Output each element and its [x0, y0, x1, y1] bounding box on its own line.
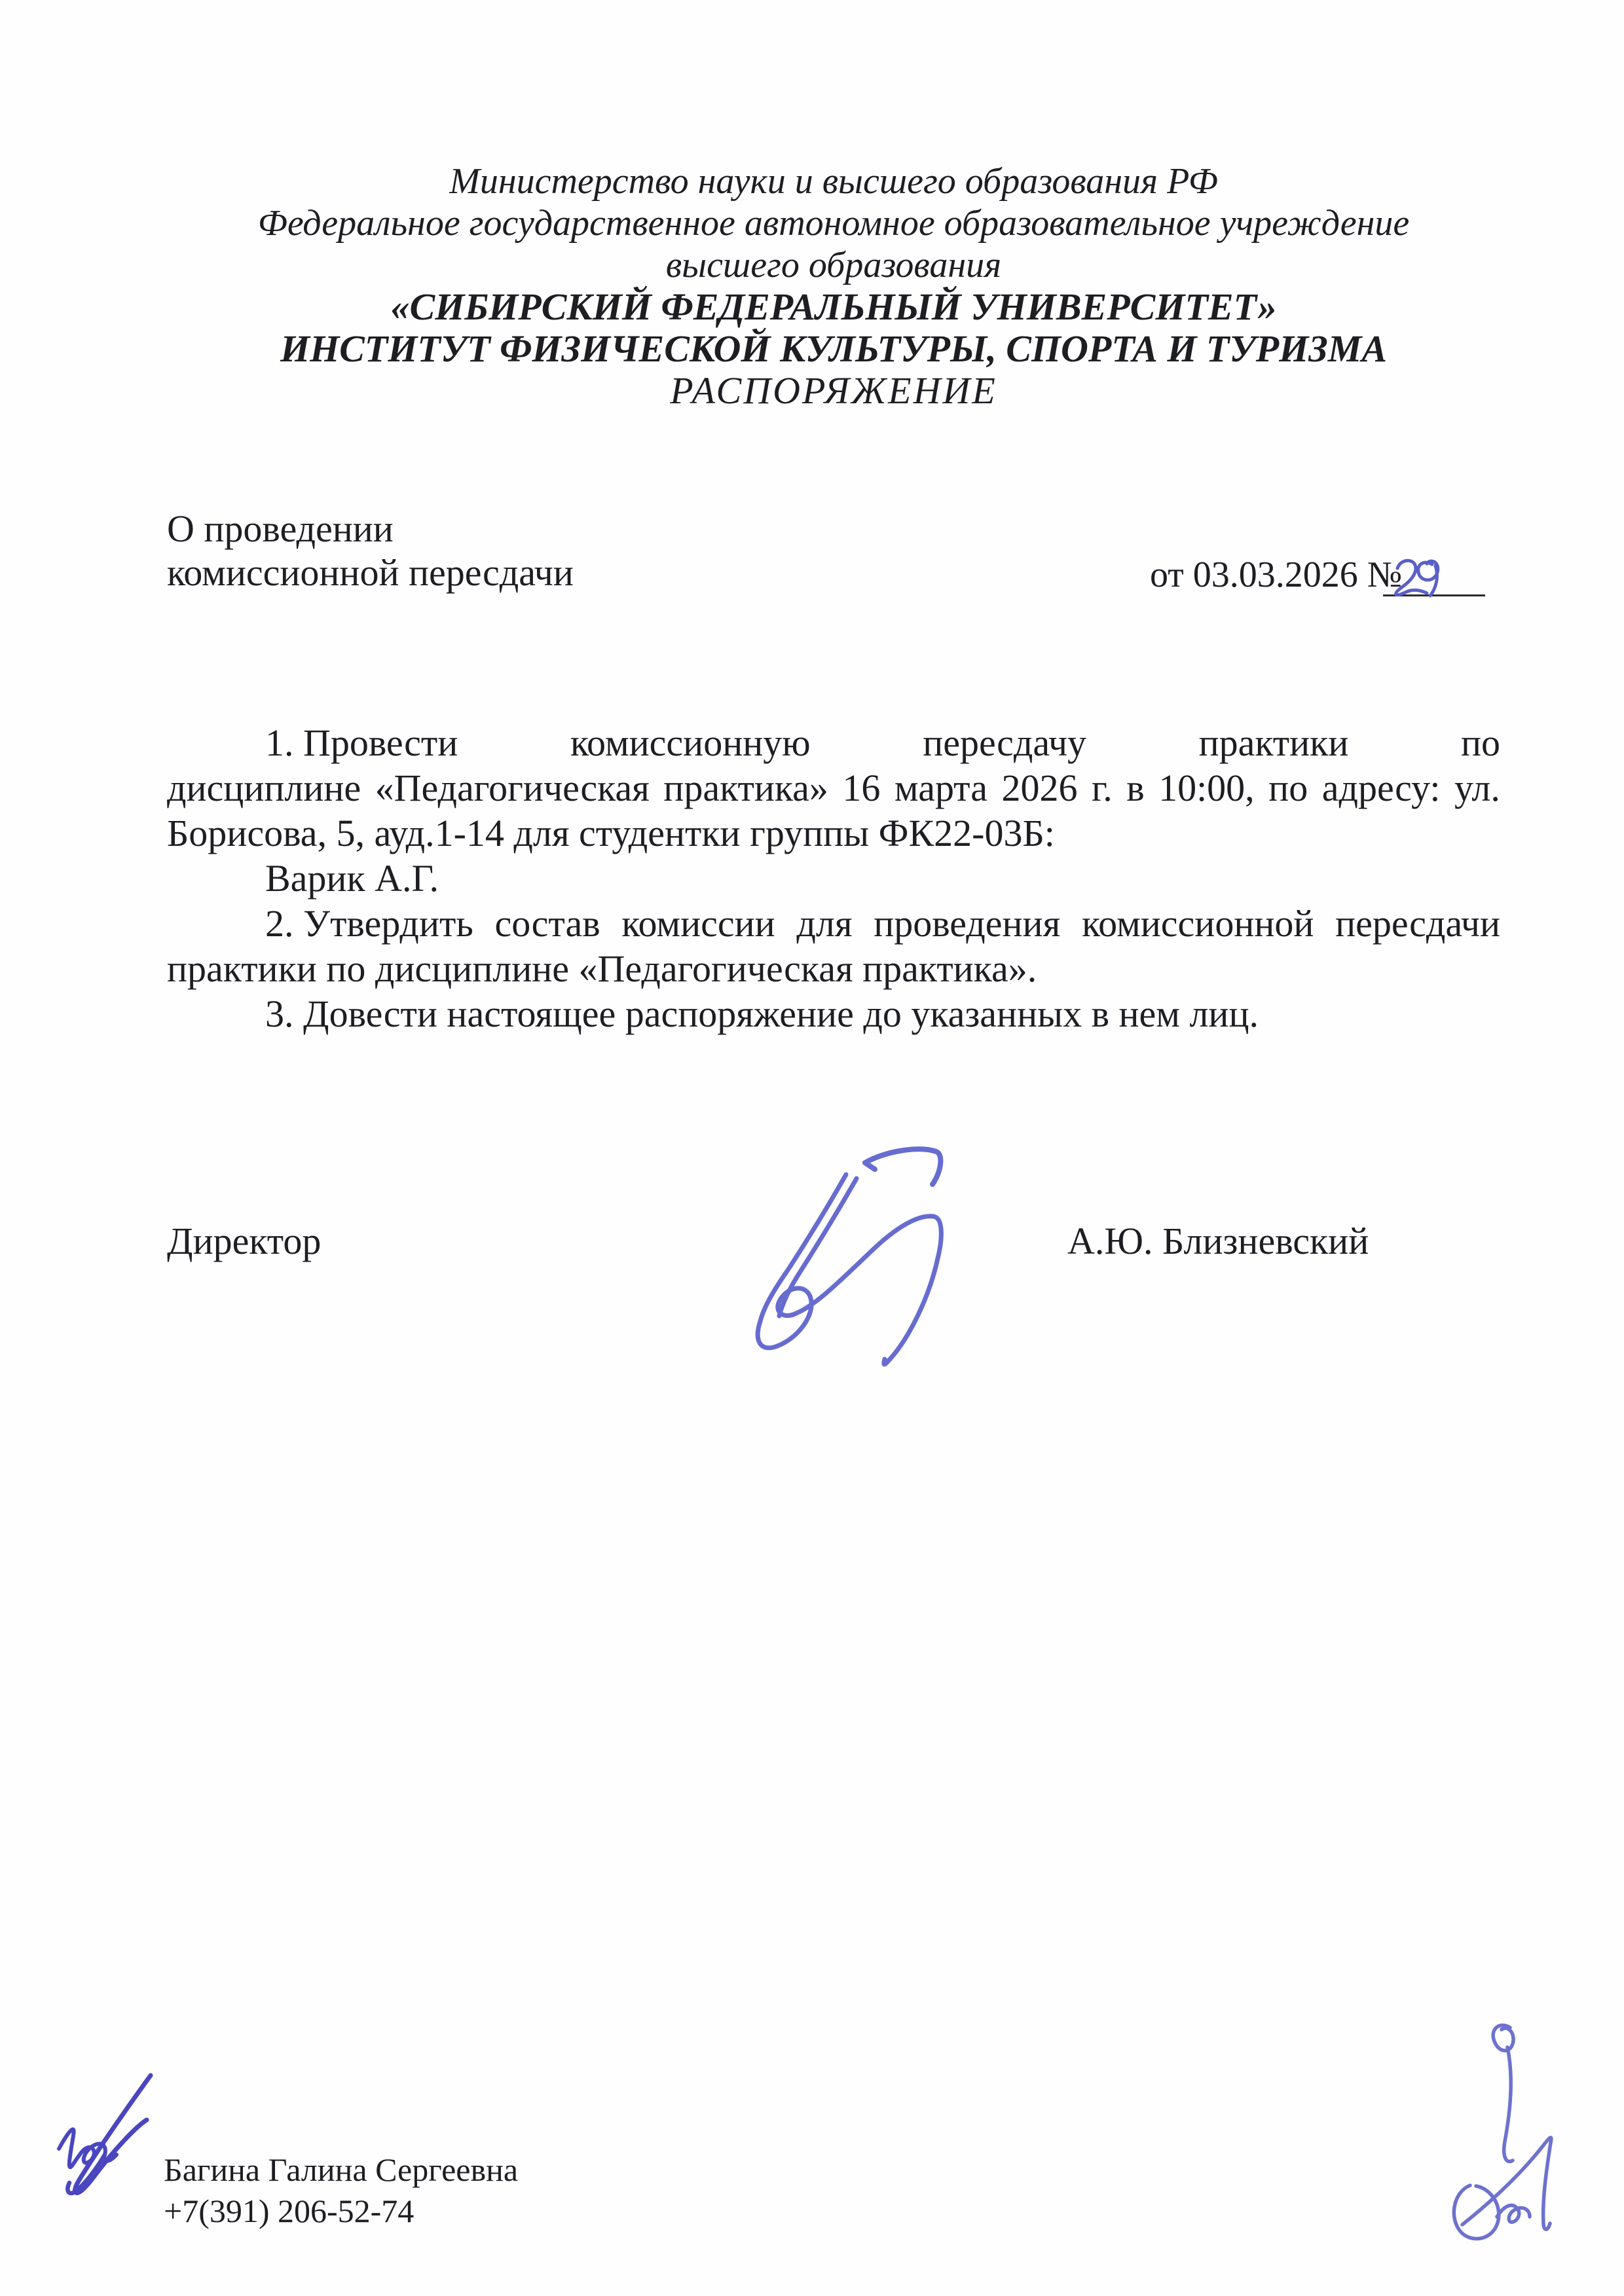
student-name-line: Варик А.Г. — [167, 856, 1500, 901]
handwritten-number-ink — [1389, 556, 1449, 602]
signature-strokes — [1444, 2020, 1559, 2252]
item-2-line-1: 2. Утвердитьсоставкомиссиидляпроведенияк… — [167, 901, 1500, 946]
word: для — [796, 901, 852, 946]
word: проведения — [874, 901, 1060, 946]
word: г. — [1092, 765, 1113, 811]
letterhead: Министерство науки и высшего образования… — [167, 160, 1500, 412]
item-1-line-1: 1. Провестикомиссионнуюпересдачупрактики… — [167, 720, 1500, 765]
subject-line-2: комиссионной пересдачи — [167, 551, 574, 594]
date-and-number-label: от 03.03.2026 № — [1150, 554, 1402, 596]
handwritten-digit-2-9 — [1389, 556, 1449, 598]
word: марта — [895, 765, 987, 811]
executor-phone: +7(391) 206-52-74 — [164, 2191, 518, 2232]
word: 10:00, — [1158, 765, 1255, 811]
ministry-line: Министерство науки и высшего образования… — [167, 160, 1500, 202]
word: комиссии — [621, 901, 775, 946]
institute-name: ИНСТИТУТ ФИЗИЧЕСКОЙ КУЛЬТУРЫ, СПОРТА И Т… — [167, 328, 1500, 370]
word: практики — [1199, 720, 1349, 765]
scanned-document-page: { "document": { "header": { "ministry": … — [0, 0, 1624, 2296]
signer-position: Директор — [167, 1219, 321, 1263]
word: «Педагогическая — [375, 765, 650, 811]
executor-signature-ink — [52, 2062, 164, 2206]
university-name: «СИБИРСКИЙ ФЕДЕРАЛЬНЫЙ УНИВЕРСИТЕТ» — [167, 286, 1500, 328]
signature-strokes — [750, 1140, 946, 1376]
signature-strokes — [52, 2062, 164, 2203]
word: пересдачи — [1335, 901, 1500, 946]
director-signature-ink — [750, 1140, 946, 1379]
word: комиссионной — [1082, 901, 1314, 946]
word: ул. — [1454, 765, 1500, 811]
institution-line-1: Федеральное государственное автономное о… — [167, 202, 1500, 244]
word: по — [1461, 720, 1500, 765]
item-1-line-3: Борисова, 5, ауд.1-14 для студентки груп… — [167, 811, 1500, 856]
word: адресу: — [1322, 765, 1441, 811]
word: 1. Провести — [265, 720, 458, 765]
signer-name: А.Ю. Близневский — [1067, 1219, 1369, 1263]
word: комиссионную — [570, 720, 811, 765]
institution-line-2: высшего образования — [167, 244, 1500, 286]
subject-line-1: О проведении — [167, 507, 574, 551]
word: по — [1268, 765, 1308, 811]
document-type-title: РАСПОРЯЖЕНИЕ — [167, 370, 1500, 412]
word: 2026 — [1001, 765, 1077, 811]
word: 16 — [842, 765, 880, 811]
word: состав — [494, 901, 600, 946]
word: практика» — [663, 765, 828, 811]
word: 2. Утвердить — [265, 901, 473, 946]
word: в — [1126, 765, 1144, 811]
executor-name: Багина Галина Сергеевна — [164, 2149, 518, 2191]
item-1-line-2: дисциплине«Педагогическаяпрактика»16март… — [167, 765, 1500, 811]
word: пересдачу — [923, 720, 1086, 765]
order-text: 1. Провестикомиссионнуюпересдачупрактики… — [167, 720, 1500, 1036]
word: дисциплине — [167, 765, 361, 811]
document-subject: О проведении комиссионной пересдачи — [167, 507, 574, 594]
approval-signature-ink — [1444, 2020, 1559, 2255]
executor-contact-block: Багина Галина Сергеевна +7(391) 206-52-7… — [164, 2149, 518, 2232]
item-2-line-2: практики по дисциплине «Педагогическая п… — [167, 946, 1500, 991]
item-3-line: 3. Довести настоящее распоряжение до ука… — [167, 991, 1500, 1036]
